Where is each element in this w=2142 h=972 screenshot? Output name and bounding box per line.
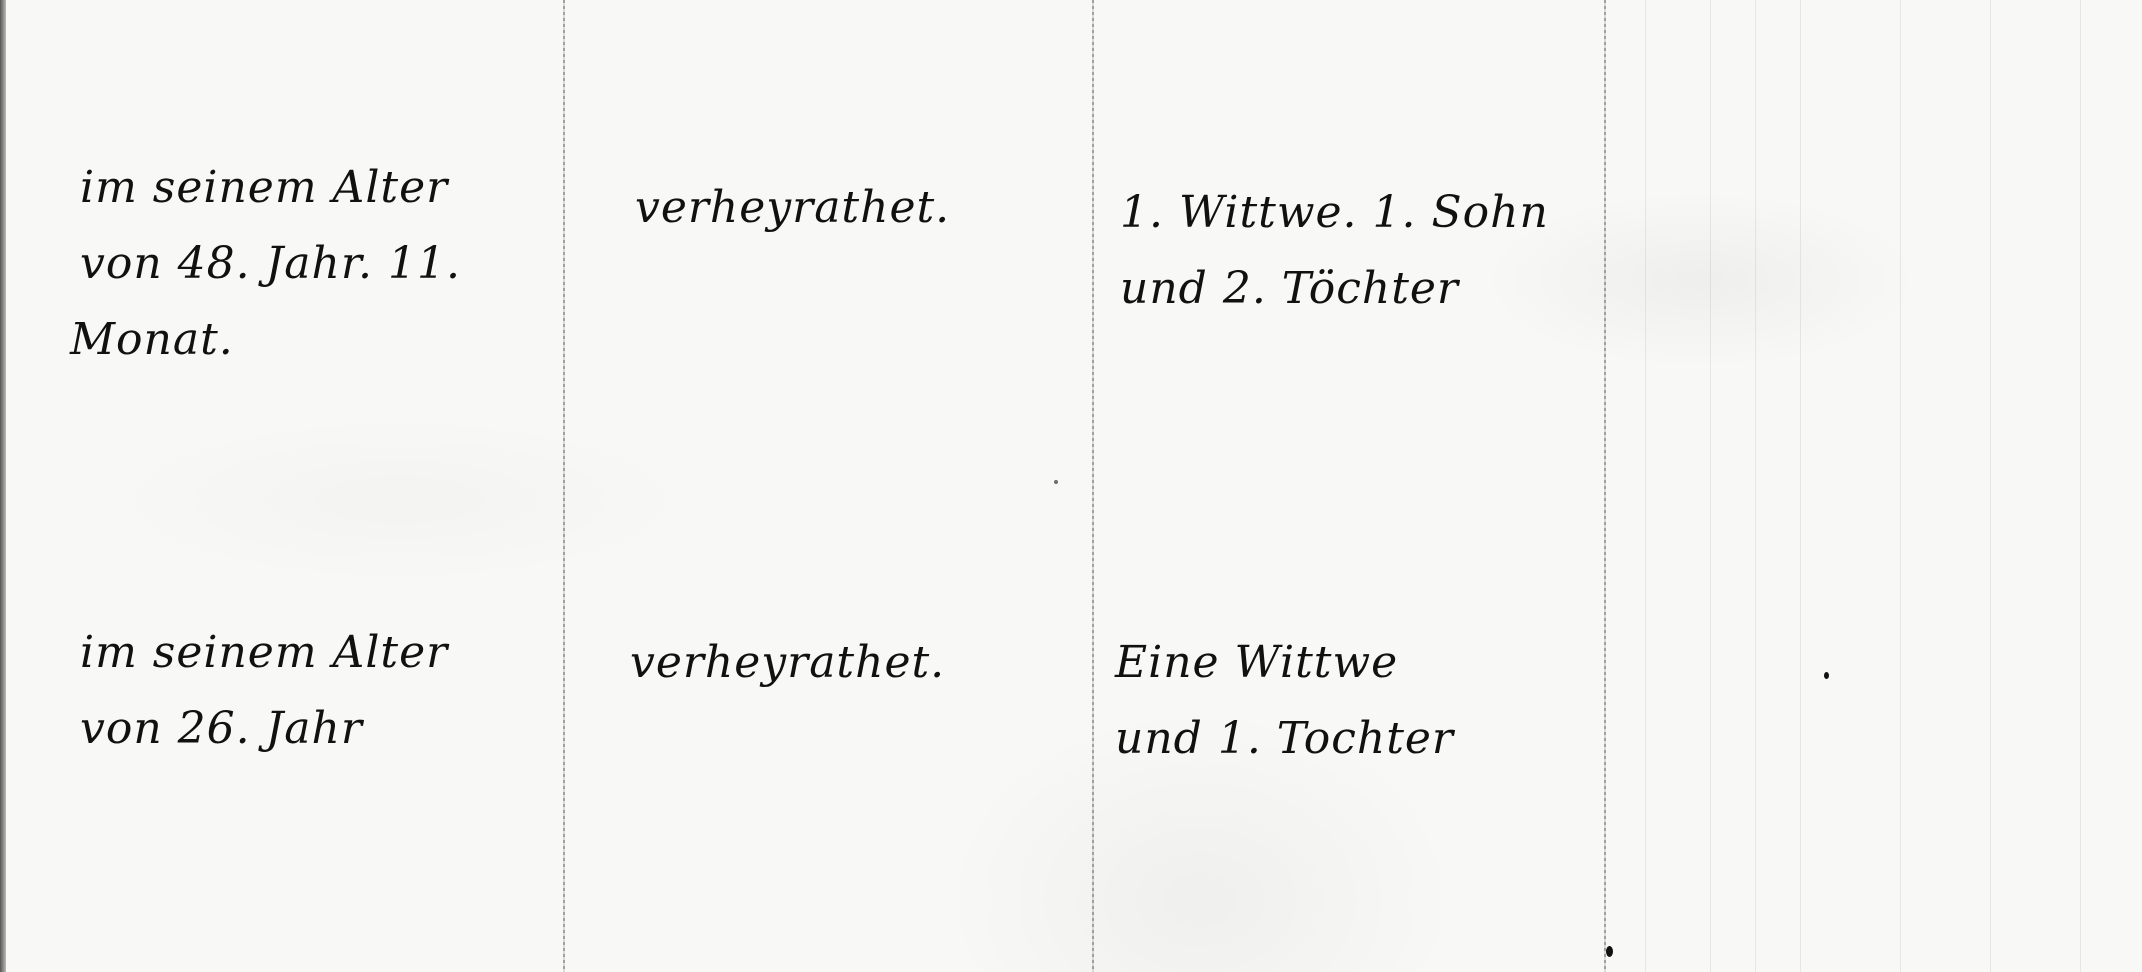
- row1-age-line2: von 48. Jahr. 11.: [80, 226, 461, 302]
- faint-rule: [1755, 0, 1756, 972]
- row1-age-line3: Monat.: [70, 302, 461, 378]
- row2-age-line1: im seinem Alter: [80, 615, 448, 691]
- faint-rule: [1800, 0, 1801, 972]
- faint-rule: [2080, 0, 2081, 972]
- faint-rule: [1990, 0, 1991, 972]
- row2-survivors-line1: Eine Wittwe: [1115, 625, 1454, 701]
- register-page: im seinem Alter von 48. Jahr. 11. Monat.…: [0, 0, 2142, 972]
- row1-age-cell: im seinem Alter von 48. Jahr. 11. Monat.: [80, 150, 461, 378]
- row1-survivors-cell: 1. Wittwe. 1. Sohn und 2. Töchter: [1120, 175, 1549, 327]
- ink-speck: [1606, 946, 1613, 957]
- row2-age-cell: im seinem Alter von 26. Jahr: [80, 615, 448, 767]
- row2-status-cell: verheyrathet.: [630, 625, 945, 701]
- row2-age-line2: von 26. Jahr: [80, 691, 448, 767]
- faint-rule: [1645, 0, 1646, 972]
- page-edge-shadow: [0, 0, 6, 972]
- row1-status-line1: verheyrathet.: [635, 170, 950, 246]
- column-divider-1: [563, 0, 565, 972]
- row1-survivors-line2: und 2. Töchter: [1120, 251, 1549, 327]
- row1-survivors-line1: 1. Wittwe. 1. Sohn: [1120, 175, 1549, 251]
- column-divider-2: [1092, 0, 1094, 972]
- row2-status-line1: verheyrathet.: [630, 625, 945, 701]
- row1-age-line1: im seinem Alter: [80, 150, 461, 226]
- row1-status-cell: verheyrathet.: [635, 170, 950, 246]
- faint-rule: [1900, 0, 1901, 972]
- row2-survivors-line2: und 1. Tochter: [1115, 701, 1454, 777]
- faint-rule: [1710, 0, 1711, 972]
- ink-speck: [1824, 672, 1829, 679]
- row2-survivors-cell: Eine Wittwe und 1. Tochter: [1115, 625, 1454, 777]
- ink-speck: [1054, 480, 1058, 484]
- column-divider-3: [1604, 0, 1606, 972]
